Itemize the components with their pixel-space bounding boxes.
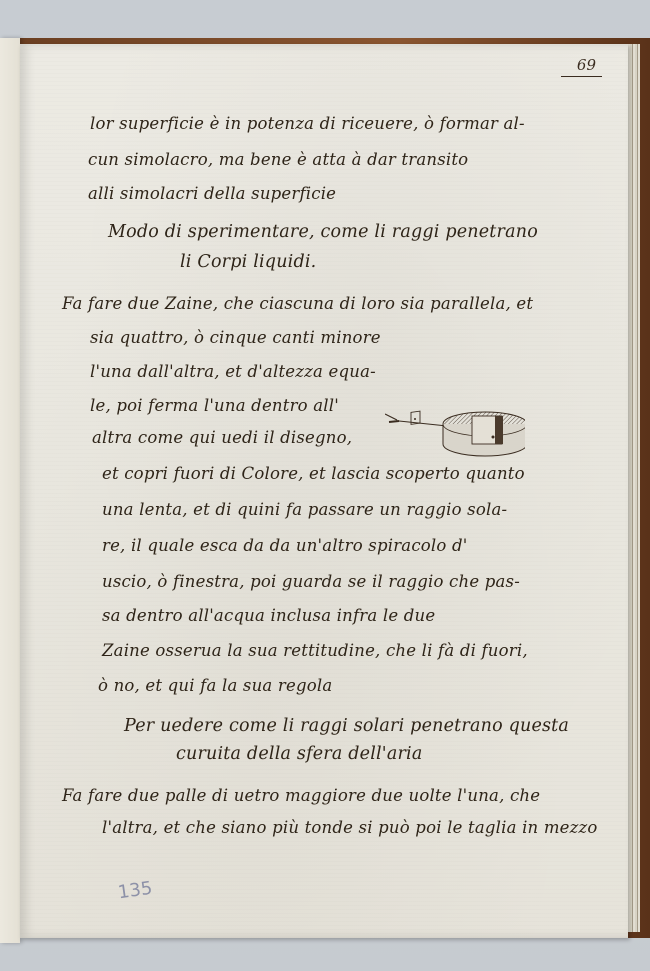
- text-line: l'una dall'altra, et d'altezza equa-: [90, 362, 376, 381]
- text-line: alli simolacri della superficie: [88, 184, 336, 203]
- text-line: uscio, ò finestra, poi guarda se il ragg…: [102, 572, 520, 591]
- text-line: altra come qui uedi il disegno,: [92, 428, 352, 447]
- text-line: ò no, et qui fa la sua regola: [98, 676, 332, 695]
- heading-line: Modo di sperimentare, come li raggi pene…: [108, 222, 538, 242]
- text-line: re, il quale esca da da un'altro spiraco…: [102, 536, 467, 555]
- text-line: l'altra, et che siano più tonde si può p…: [102, 818, 598, 837]
- text-line: sia quattro, ò cinque canti minore: [90, 328, 381, 347]
- text-line: lor superficie è in potenza di riceuere,…: [90, 114, 525, 133]
- heading-line: Per uedere come li raggi solari penetran…: [124, 716, 569, 736]
- cylinder-vessel-diagram-icon: [385, 394, 525, 478]
- text-line: Fa fare due Zaine, che ciascuna di loro …: [62, 294, 533, 313]
- heading-line: curuita della sfera dell'aria: [176, 744, 422, 764]
- text-line: sa dentro all'acqua inclusa infra le due: [102, 606, 435, 625]
- text-line: Zaine osserua la sua rettitudine, che li…: [102, 641, 528, 660]
- text-line: una lenta, et di quini fa passare un rag…: [102, 500, 507, 519]
- manuscript-page: 69 lor superficie è in potenza di riceue…: [20, 44, 628, 938]
- folio-number: 69: [561, 56, 602, 77]
- heading-line: li Corpi liquidi.: [180, 252, 316, 272]
- facing-page-edge: [0, 38, 20, 943]
- text-line: Fa fare due palle di uetro maggiore due …: [62, 786, 540, 805]
- text-line: cun simolacro, ma bene è atta à dar tran…: [88, 150, 468, 169]
- text-line: le, poi ferma l'una dentro all': [90, 396, 339, 415]
- pencil-catalog-number: 135: [117, 878, 154, 904]
